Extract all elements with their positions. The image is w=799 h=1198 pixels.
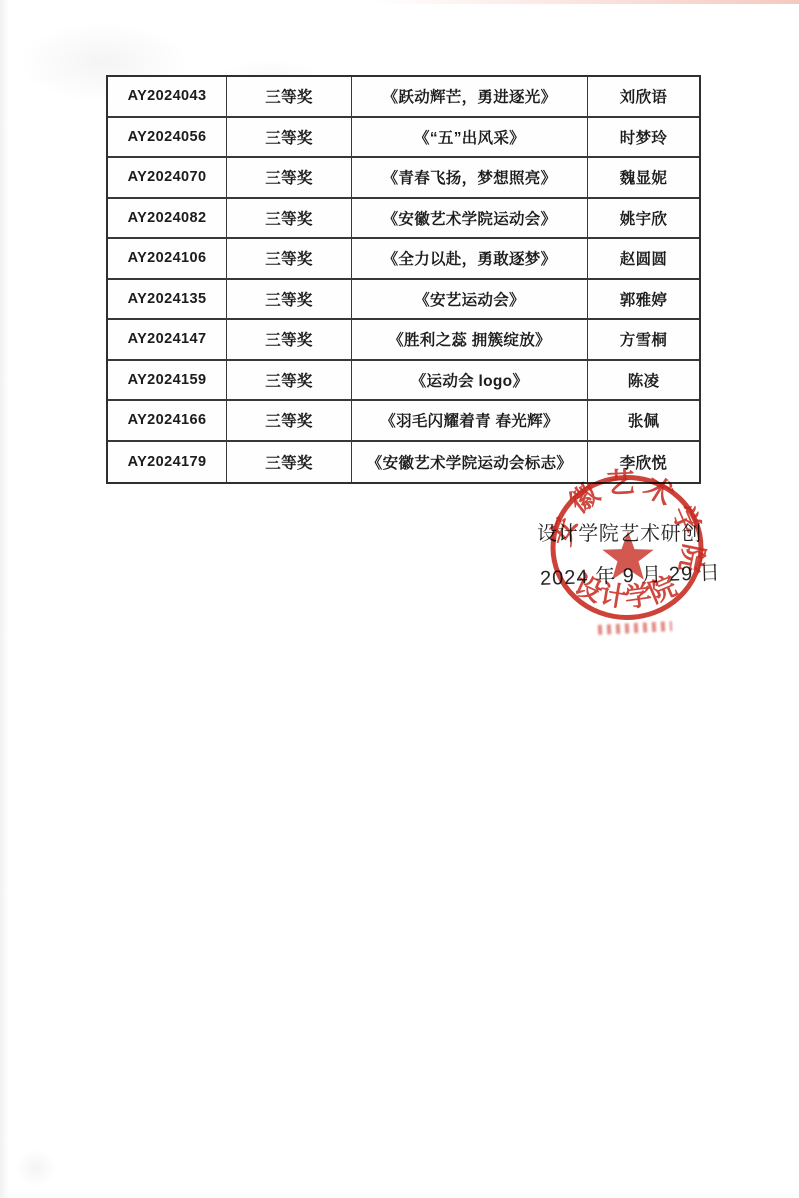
work-title-cell: 《青春飞扬，梦想照亮》	[352, 158, 588, 197]
work-title-cell: 《“五”出风采》	[352, 118, 588, 157]
work-title-cell: 《安艺运动会》	[352, 280, 588, 319]
scan-left-edge-shadow	[0, 0, 9, 1198]
author-name-cell: 时梦玲	[588, 118, 699, 157]
author-name-cell: 刘欣语	[588, 77, 699, 116]
award-level-cell: 三等奖	[227, 401, 352, 440]
work-title-cell: 《跃动辉芒，勇进逐光》	[352, 77, 588, 116]
award-level-cell: 三等奖	[227, 320, 352, 359]
author-name-cell: 陈凌	[588, 361, 699, 400]
table-row: AY2024135三等奖《安艺运动会》郭雅婷	[108, 280, 699, 321]
scan-smudge	[16, 1150, 56, 1186]
table-row: AY2024070三等奖《青春飞扬，梦想照亮》魏显妮	[108, 158, 699, 199]
scanned-document-page: { "colors": { "stamp_red": "#c6291e", "t…	[0, 0, 799, 1198]
award-level-cell: 三等奖	[227, 77, 352, 116]
award-level-cell: 三等奖	[227, 361, 352, 400]
author-name-cell: 魏显妮	[588, 158, 699, 197]
award-level-cell: 三等奖	[227, 280, 352, 319]
table-row: AY2024043三等奖《跃动辉芒，勇进逐光》刘欣语	[108, 77, 699, 118]
work-title-cell: 《羽毛闪耀着青 春光辉》	[352, 401, 588, 440]
stamp-star-icon	[602, 531, 653, 580]
entry-id-cell: AY2024070	[108, 158, 227, 197]
entry-id-cell: AY2024159	[108, 361, 227, 400]
entry-id-cell: AY2024043	[108, 77, 227, 116]
table-row: AY2024159三等奖《运动会 logo》陈凌	[108, 361, 699, 402]
author-name-cell: 张佩	[588, 401, 699, 440]
author-name-cell: 郭雅婷	[588, 280, 699, 319]
table-row: AY2024147三等奖《胜利之蕊 拥簇绽放》方雪桐	[108, 320, 699, 361]
official-stamp: 安徽艺术学院 设计学院	[545, 462, 720, 642]
scan-top-edge-tint	[370, 0, 799, 4]
entry-id-cell: AY2024147	[108, 320, 227, 359]
work-title-cell: 《胜利之蕊 拥簇绽放》	[352, 320, 588, 359]
awards-table: AY2024043三等奖《跃动辉芒，勇进逐光》刘欣语AY2024056三等奖《“…	[106, 75, 701, 484]
award-level-cell: 三等奖	[227, 118, 352, 157]
entry-id-cell: AY2024082	[108, 199, 227, 238]
author-name-cell: 姚宇欣	[588, 199, 699, 238]
entry-id-cell: AY2024179	[108, 442, 227, 483]
work-title-cell: 《全力以赴，勇敢逐梦》	[352, 239, 588, 278]
award-level-cell: 三等奖	[227, 442, 352, 483]
entry-id-cell: AY2024166	[108, 401, 227, 440]
award-level-cell: 三等奖	[227, 158, 352, 197]
author-name-cell: 赵圆圆	[588, 239, 699, 278]
table-row: AY2024056三等奖《“五”出风采》时梦玲	[108, 118, 699, 159]
work-title-cell: 《安徽艺术学院运动会》	[352, 199, 588, 238]
work-title-cell: 《运动会 logo》	[352, 361, 588, 400]
author-name-cell: 方雪桐	[588, 320, 699, 359]
table-row: AY2024106三等奖《全力以赴，勇敢逐梦》赵圆圆	[108, 239, 699, 280]
entry-id-cell: AY2024135	[108, 280, 227, 319]
table-row: AY2024166三等奖《羽毛闪耀着青 春光辉》张佩	[108, 401, 699, 442]
table-row: AY2024082三等奖《安徽艺术学院运动会》姚宇欣	[108, 199, 699, 240]
award-level-cell: 三等奖	[227, 239, 352, 278]
entry-id-cell: AY2024106	[108, 239, 227, 278]
award-level-cell: 三等奖	[227, 199, 352, 238]
entry-id-cell: AY2024056	[108, 118, 227, 157]
